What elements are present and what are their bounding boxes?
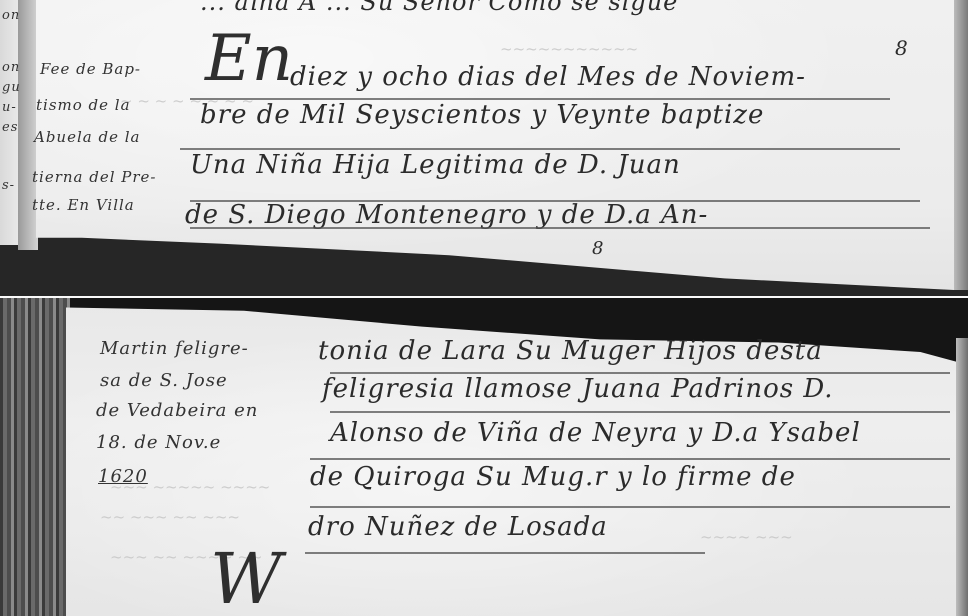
ruled-underline <box>310 506 950 508</box>
adjacent-page-letters: s- <box>2 178 15 193</box>
bleed-through-text: ~~~~ ~~~ <box>700 528 793 546</box>
margin-note-line: tismo de la <box>36 96 131 114</box>
manuscript-scan: ~ ~ ~ ~ ~ ~ ~ ~ ~~~~~~~~~~~ on on gu u- … <box>0 0 968 616</box>
margin-note-line: sa de S. Jose <box>100 370 228 391</box>
folio-numeral: 8 <box>895 36 909 60</box>
entry-body-line: dro Nuñez de Losada <box>308 512 608 542</box>
entry-body-line: diez y ocho dias del Mes de Noviem- <box>290 62 806 92</box>
adjacent-page-letters: es <box>2 120 18 135</box>
margin-note-line: Martin feligre- <box>100 338 249 359</box>
entry-body-line: bre de Mil Seyscientos y Veynte baptize <box>200 100 764 130</box>
entry-body-line: Una Niña Hija Legitima de D. Juan <box>190 150 681 180</box>
entry-body-line: feligresia llamose Juana Padrinos D. <box>322 374 834 404</box>
ruled-underline <box>190 227 930 229</box>
paper-sheet <box>36 0 954 290</box>
adjacent-page-letters: gu <box>2 80 21 95</box>
adjacent-page-letters: u- <box>2 100 17 115</box>
margin-note-year: 1620 <box>98 466 148 487</box>
margin-note-line: tierna del Pre- <box>32 168 157 186</box>
previous-entry-closing-line: ... aína A ... Su Señor Como se sigue <box>200 0 678 16</box>
footer-numeral: 8 <box>592 238 604 259</box>
ruled-underline <box>305 552 705 554</box>
entry-body-line: de Quiroga Su Mug.r y lo firme de <box>310 462 796 492</box>
register-fragment-bottom: ~~~ ~~~~~ ~~~~ ~~ ~~~ ~~ ~~~ ~~~ ~~ ~~~~… <box>0 298 968 616</box>
adjacent-page-letters: on <box>2 60 20 75</box>
entry-body-line: Alonso de Viña de Neyra y D.a Ysabel <box>330 418 861 448</box>
signature-flourish: W <box>210 538 282 616</box>
page-edge-shadow <box>954 0 968 290</box>
page-edge-shadow <box>956 338 968 616</box>
margin-note-line: tte. En Villa <box>32 196 135 214</box>
margin-note-line: Abuela de la <box>34 128 140 146</box>
ruled-underline <box>330 411 950 413</box>
margin-note-line: 18. de Nov.e <box>96 432 221 453</box>
margin-note-line: Fee de Bap- <box>40 60 141 78</box>
entry-body-line: tonia de Lara Su Muger Hijos desta <box>318 336 823 366</box>
book-spine <box>0 298 70 616</box>
bleed-through-text: ~~~~~~~~~~~ <box>500 40 638 58</box>
entry-body-line: de S. Diego Montenegro y de D.a An- <box>185 200 708 230</box>
register-fragment-top: ~ ~ ~ ~ ~ ~ ~ ~ ~~~~~~~~~~~ on on gu u- … <box>0 0 968 296</box>
bleed-through-text: ~~ ~~~ ~~ ~~~ <box>100 508 240 526</box>
ruled-underline <box>310 458 950 460</box>
adjacent-page-letters: on <box>2 8 20 23</box>
initial-flourish: En <box>205 22 293 96</box>
margin-note-line: de Vedabeira en <box>96 400 258 421</box>
